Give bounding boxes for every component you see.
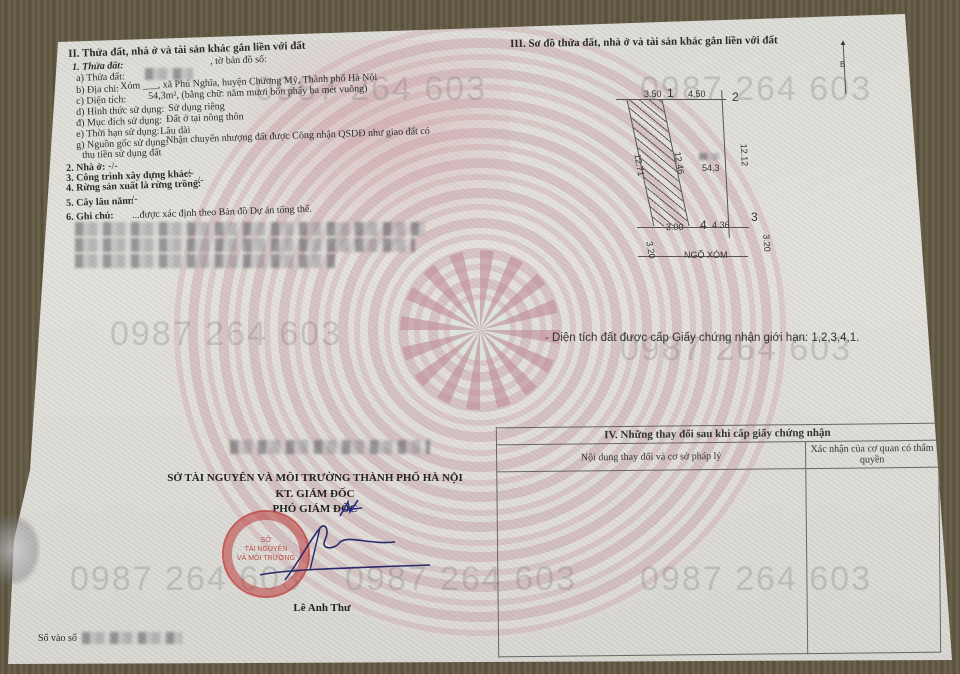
other-label: 5. Cây lâu năm: [66, 196, 134, 209]
handwritten-signature [240, 520, 440, 590]
other-value: -/- [128, 194, 138, 205]
point-2: 2 [732, 90, 739, 104]
origin-value-cont: thu tiền sử dụng đất [82, 147, 162, 161]
redacted-parcel [145, 68, 193, 80]
col-confirmation-header: Xác nhận của cơ quan có thẩm quyền [805, 440, 938, 468]
other-value: -/- [194, 175, 204, 186]
lot-area-label: 54,3 [702, 163, 720, 173]
north-label: B [840, 60, 845, 69]
phone-watermark: 0987 264 603 [110, 315, 342, 354]
edge-bottom-right: 4.36 [712, 220, 730, 230]
certificate-paper: 0987 264 603 0987 264 603 0987 264 603 0… [0, 0, 960, 674]
boundary-note: - Diện tích đất được cấp Giấy chứng nhận… [545, 332, 859, 344]
kt-title: KT. GIÁM ĐỐC [150, 488, 480, 500]
redacted-note-line [75, 222, 425, 236]
confirmation-cell [806, 467, 941, 653]
phone-watermark: 0987 264 603 [640, 70, 872, 109]
issuing-agency: SỞ TÀI NGUYÊN VÀ MÔI TRƯỜNG THÀNH PHỐ HÀ… [150, 472, 480, 484]
point-4: 4 [700, 218, 707, 232]
signer-name: Lê Anh Thư [262, 602, 382, 614]
point-3: 3 [751, 210, 758, 224]
changes-cell [497, 469, 808, 657]
other-value: -/- [184, 168, 194, 179]
road-label: NGÕ XÓM [684, 250, 728, 260]
col-changes-header: Nội dung thay đổi và cơ sở pháp lý [496, 442, 805, 472]
redacted-note-line [75, 254, 335, 268]
signer-position: PHÓ GIÁM ĐỐC [150, 503, 480, 515]
point-1: 1 [667, 86, 674, 100]
redacted-lot-number [699, 153, 719, 160]
road-width-right: 3.20 [761, 234, 772, 252]
edge-top-right: 4.50 [688, 89, 706, 99]
drum-star-emblem [400, 250, 560, 410]
redacted-date-line [230, 440, 430, 454]
edge-top-left: 3.50 [644, 89, 662, 99]
registry-number-label: Số vào sổ [38, 633, 77, 644]
map-sheet-label: , tờ bản đồ số: [210, 54, 267, 67]
redacted-registry-number [82, 632, 182, 644]
edge-right: 12.12 [739, 143, 750, 166]
item-label: a) Thửa đất: [76, 71, 125, 84]
lot-bottom-edge [637, 227, 749, 228]
redacted-note-line [75, 238, 415, 252]
section3-heading: III. Sơ đồ thửa đất, nhà ở và tài sản kh… [510, 34, 778, 50]
edge-bottom-left: 3.00 [666, 222, 684, 232]
plastic-sleeve-edge [0, 515, 40, 585]
changes-table: IV. Những thay đổi sau khi cấp giấy chứn… [496, 423, 941, 658]
initial-mark [338, 498, 366, 522]
